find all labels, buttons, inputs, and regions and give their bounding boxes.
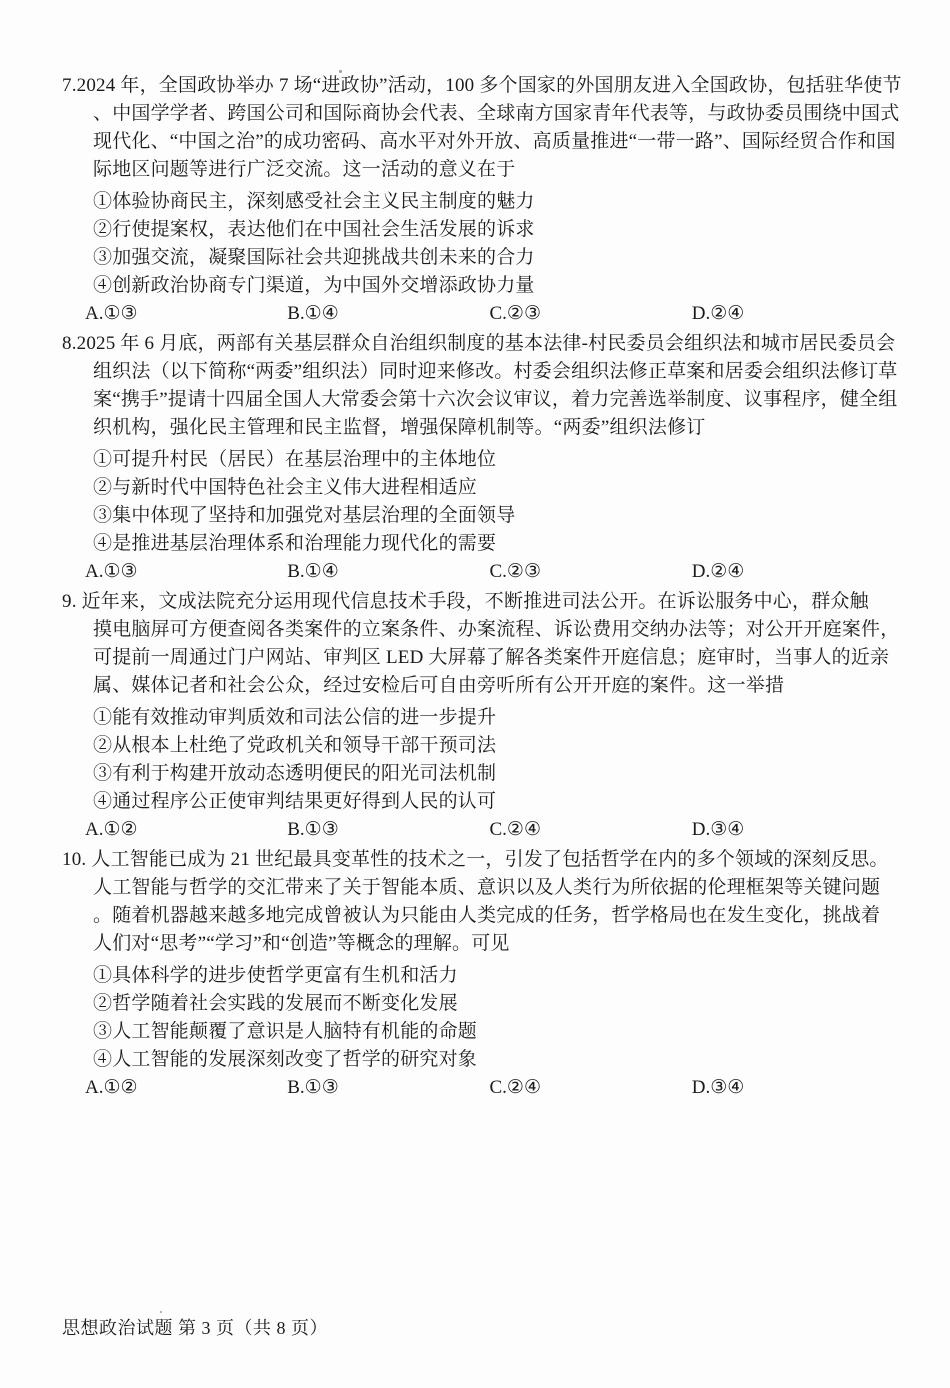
question-7-answer-row: A.①③ B.①④ C.②③ D.②④ (85, 300, 894, 328)
option-item-2: ②与新时代中国特色社会主义伟大进程相适应 (93, 474, 894, 502)
choice-c: C.②③ (490, 300, 692, 328)
scan-speck (160, 1311, 162, 1313)
page-footer: 思想政治试题 第 3 页（共 8 页） (62, 1316, 328, 1340)
question-text-line: 8.2025 年 6 月底，两部有关基层群众自治组织制度的基本法律-村民委员会组… (62, 330, 894, 358)
question-text-line: 案“携手”提请十四届全国人大常委会第十六次会议审议，着力完善选举制度、议事程序，… (93, 386, 894, 414)
option-item-3: ③集中体现了坚持和加强党对基层治理的全面领导 (93, 502, 894, 530)
question-text-line: 9. 近年来，文成法院充分运用现代信息技术手段，不断推进司法公开。在诉讼服务中心… (62, 588, 894, 616)
question-text-line: 际地区问题等进行广泛交流。这一活动的意义在于 (93, 156, 894, 184)
option-item-2: ②行使提案权，表达他们在中国社会生活发展的诉求 (93, 216, 894, 244)
question-8-answer-row: A.①③ B.①④ C.②③ D.②④ (85, 558, 894, 586)
option-item-1: ①体验协商民主，深刻感受社会主义民主制度的魅力 (93, 188, 894, 216)
question-text-line: 现代化、“中国之治”的成功密码、高水平对外开放、高质量推进“一带一路”、国际经贸… (93, 128, 894, 156)
option-item-4: ④通过程序公正使审判结果更好得到人民的认可 (93, 788, 894, 816)
choice-c: C.②④ (490, 1074, 692, 1102)
question-9-body: 9. 近年来，文成法院充分运用现代信息技术手段，不断推进司法公开。在诉讼服务中心… (62, 588, 894, 700)
choice-a: A.①② (85, 1074, 287, 1102)
choice-b: B.①③ (287, 816, 489, 844)
option-item-1: ①具体科学的进步使哲学更富有生机和活力 (93, 962, 894, 990)
choice-d: D.③④ (692, 816, 894, 844)
question-7-options: ①体验协商民主，深刻感受社会主义民主制度的魅力 ②行使提案权，表达他们在中国社会… (62, 188, 894, 300)
scan-speck (339, 70, 342, 73)
option-item-4: ④创新政治协商专门渠道，为中国外交增添政协力量 (93, 272, 894, 300)
question-text-line: 可提前一周通过门户网站、审判区 LED 大屏幕了解各类案件开庭信息；庭审时，当事… (93, 644, 894, 672)
question-text-line: 组织法（以下简称“两委”组织法）同时迎来修改。村委会组织法修正草案和居委会组织法… (93, 358, 894, 386)
question-10-options: ①具体科学的进步使哲学更富有生机和活力 ②哲学随着社会实践的发展而不断变化发展 … (62, 962, 894, 1074)
question-text-line: 7.2024 年，全国政协举办 7 场“进政协”活动，100 多个国家的外国朋友… (62, 72, 894, 100)
option-item-3: ③有利于构建开放动态透明便民的阳光司法机制 (93, 760, 894, 788)
question-text-line: 、中国学学者、跨国公司和国际商协会代表、全球南方国家青年代表等，与政协委员围绕中… (93, 100, 894, 128)
choice-b: B.①④ (287, 300, 489, 328)
question-text-line: 属、媒体记者和社会公众，经过安检后可自由旁听所有公开开庭的案件。这一举措 (93, 672, 894, 700)
question-10-body: 10. 人工智能已成为 21 世纪最具变革性的技术之一，引发了包括哲学在内的多个… (62, 846, 894, 958)
choice-b: B.①④ (287, 558, 489, 586)
choice-d: D.③④ (692, 1074, 894, 1102)
question-text-line: 摸电脑屏可方便查阅各类案件的立案条件、办案流程、诉讼费用交纳办法等；对公开开庭案… (93, 616, 894, 644)
option-item-1: ①可提升村民（居民）在基层治理中的主体地位 (93, 446, 894, 474)
question-8: 8.2025 年 6 月底，两部有关基层群众自治组织制度的基本法律-村民委员会组… (62, 330, 894, 586)
option-item-1: ①能有效推动审判质效和司法公信的进一步提升 (93, 704, 894, 732)
question-9: 9. 近年来，文成法院充分运用现代信息技术手段，不断推进司法公开。在诉讼服务中心… (62, 588, 894, 844)
option-item-4: ④是推进基层治理体系和治理能力现代化的需要 (93, 530, 894, 558)
question-8-options: ①可提升村民（居民）在基层治理中的主体地位 ②与新时代中国特色社会主义伟大进程相… (62, 446, 894, 558)
choice-b: B.①③ (287, 1074, 489, 1102)
question-text-line: 10. 人工智能已成为 21 世纪最具变革性的技术之一，引发了包括哲学在内的多个… (62, 846, 894, 874)
choice-a: A.①② (85, 816, 287, 844)
question-7-body: 7.2024 年，全国政协举办 7 场“进政协”活动，100 多个国家的外国朋友… (62, 72, 894, 184)
option-item-2: ②从根本上杜绝了党政机关和领导干部干预司法 (93, 732, 894, 760)
question-10: 10. 人工智能已成为 21 世纪最具变革性的技术之一，引发了包括哲学在内的多个… (62, 846, 894, 1102)
option-item-2: ②哲学随着社会实践的发展而不断变化发展 (93, 990, 894, 1018)
choice-d: D.②④ (692, 300, 894, 328)
choice-a: A.①③ (85, 558, 287, 586)
option-item-4: ④人工智能的发展深刻改变了哲学的研究对象 (93, 1046, 894, 1074)
choice-c: C.②③ (490, 558, 692, 586)
exam-page: 7.2024 年，全国政协举办 7 场“进政协”活动，100 多个国家的外国朋友… (0, 0, 950, 1388)
choice-d: D.②④ (692, 558, 894, 586)
question-text-line: 人工智能与哲学的交汇带来了关于智能本质、意识以及人类行为所依据的伦理框架等关键问… (93, 874, 894, 902)
choice-a: A.①③ (85, 300, 287, 328)
question-9-answer-row: A.①② B.①③ C.②④ D.③④ (85, 816, 894, 844)
question-text-line: 。随着机器越来越多地完成曾被认为只能由人类完成的任务，哲学格局也在发生变化，挑战… (93, 902, 894, 930)
option-item-3: ③人工智能颠覆了意识是人脑特有机能的命题 (93, 1018, 894, 1046)
choice-c: C.②④ (490, 816, 692, 844)
question-10-answer-row: A.①② B.①③ C.②④ D.③④ (85, 1074, 894, 1102)
question-8-body: 8.2025 年 6 月底，两部有关基层群众自治组织制度的基本法律-村民委员会组… (62, 330, 894, 442)
question-text-line: 织机构，强化民主管理和民主监督，增强保障机制等。“两委”组织法修订 (93, 414, 894, 442)
question-text-line: 人们对“思考”“学习”和“创造”等概念的理解。可见 (93, 930, 894, 958)
question-9-options: ①能有效推动审判质效和司法公信的进一步提升 ②从根本上杜绝了党政机关和领导干部干… (62, 704, 894, 816)
question-7: 7.2024 年，全国政协举办 7 场“进政协”活动，100 多个国家的外国朋友… (62, 72, 894, 328)
option-item-3: ③加强交流，凝聚国际社会共迎挑战共创未来的合力 (93, 244, 894, 272)
